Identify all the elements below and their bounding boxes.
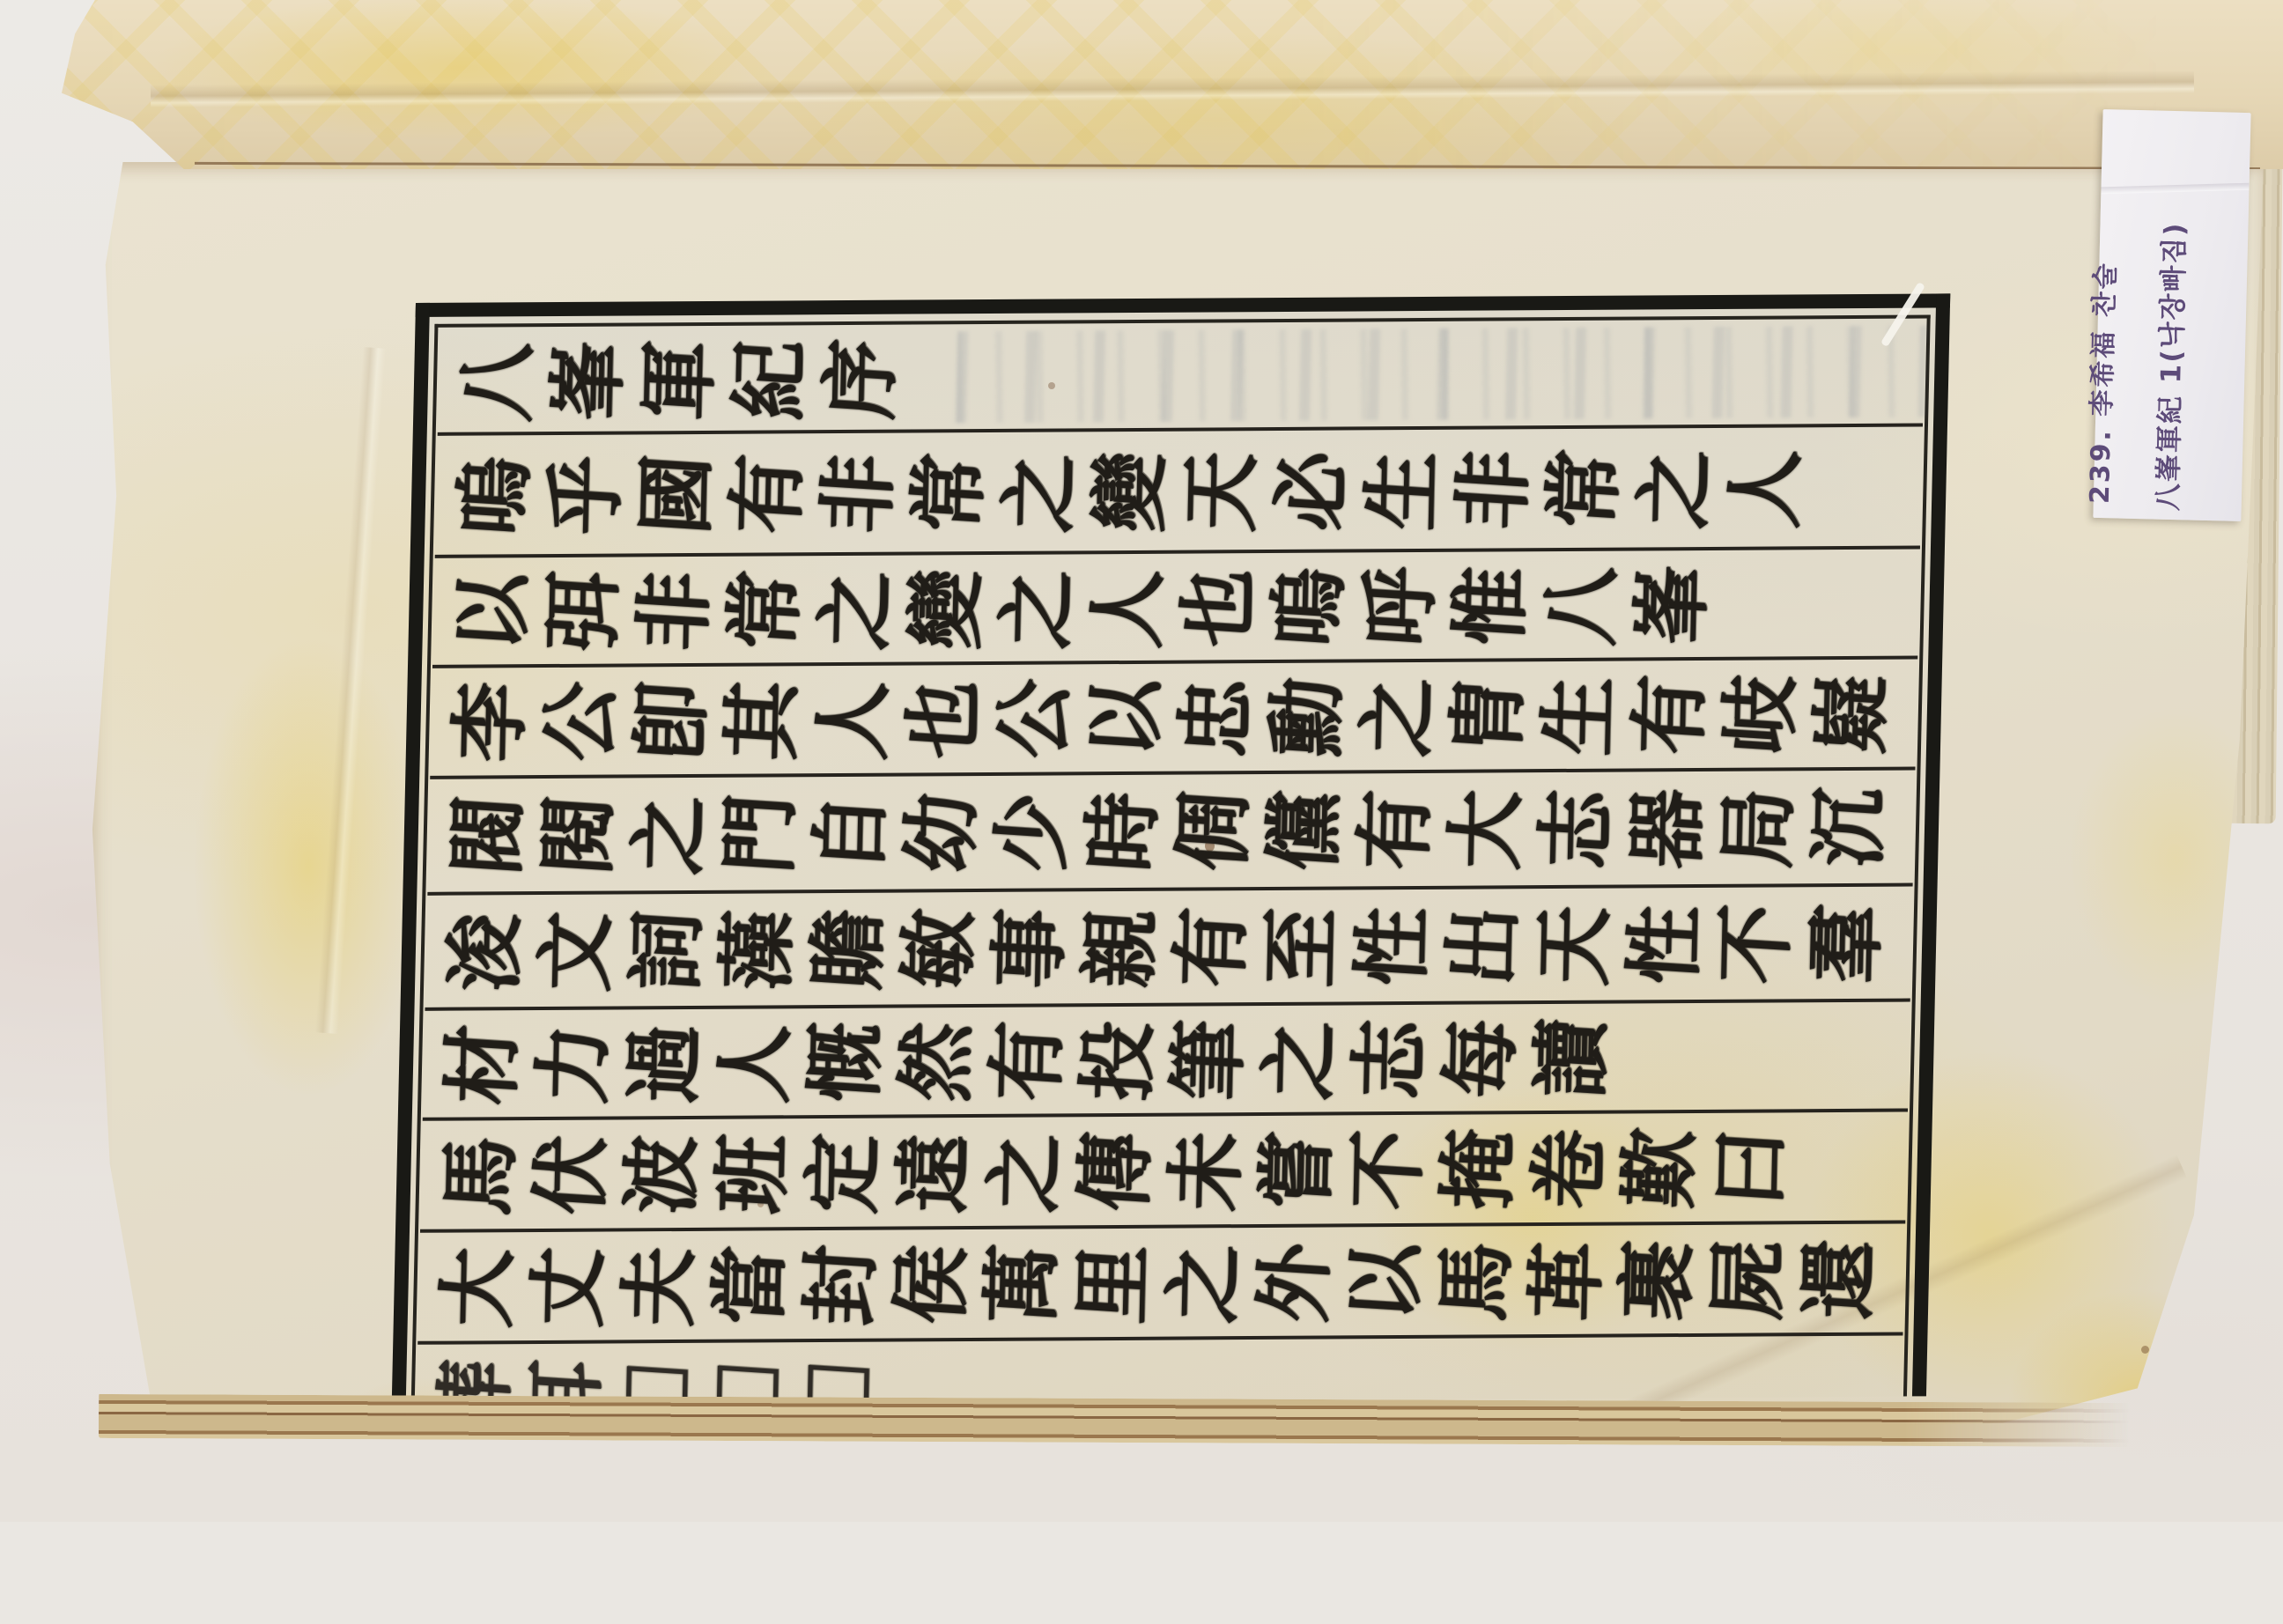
text-row: 李公卽其人也公以忠勳之胄生有岐嶷 (430, 660, 1917, 779)
text-row: 以弭非常之變之人也嗚呼惟八峯 (432, 550, 1920, 668)
han-char: 曰 (1694, 1121, 1794, 1214)
paper-label: 239. 李希福 찬술 八峯軍紀 1(낙장빠짐) (2093, 109, 2250, 521)
text-row: 大丈夫當封侯萬里之外以馬革裹屍還 (417, 1224, 1905, 1345)
han-char: 讀 (1514, 1011, 1614, 1104)
text-row: 閥閱之門自幼少時倜儻有大志器局沉 (427, 771, 1915, 896)
han-char: 峯 (1615, 557, 1716, 650)
text-row: 浚文詞藻贍敏事親有至性出天性不羣 (425, 887, 1912, 1011)
han-char: 還 (1782, 1232, 1882, 1325)
paper-crease (315, 347, 386, 1034)
han-char: 嶷 (1794, 667, 1895, 759)
label-line-2: 八峯軍紀 1(낙장빠짐) (2146, 221, 2192, 511)
han-char: 羣 (1789, 897, 1889, 989)
printed-border-frame: 八峯軍紀序嗚乎國有非常之變天必生非常之人以弭非常之變之人也嗚呼惟八峯李公卽其人也… (392, 293, 1951, 1406)
folded-page-top (62, 0, 2283, 169)
foxing-speck (2141, 1346, 2149, 1354)
stain (194, 638, 423, 1096)
text-grid: 八峯軍紀序嗚乎國有非常之變天必生非常之人以弭非常之變之人也嗚呼惟八峯李公卽其人也… (417, 321, 1925, 1406)
text-row: 八峯軍紀序 (438, 321, 1925, 436)
text-row: 葬耳□□□ (416, 1336, 1903, 1406)
text-row: 材力過人慨然有投筆之志每讀 (423, 1002, 1910, 1121)
label-crease (2101, 183, 2249, 195)
han-char: 沉 (1792, 780, 1892, 873)
label-line-1: 239. 李希福 찬술 (2078, 261, 2123, 505)
han-char: 序 (803, 332, 904, 424)
page-bottom-edges (99, 1394, 2151, 1447)
text-row: 馬伏波班定遠之傳未嘗不掩卷歎曰 (420, 1112, 1908, 1233)
han-char: 人 (1708, 441, 1808, 534)
text-row: 嗚乎國有非常之變天必生非常之人 (435, 427, 1923, 558)
